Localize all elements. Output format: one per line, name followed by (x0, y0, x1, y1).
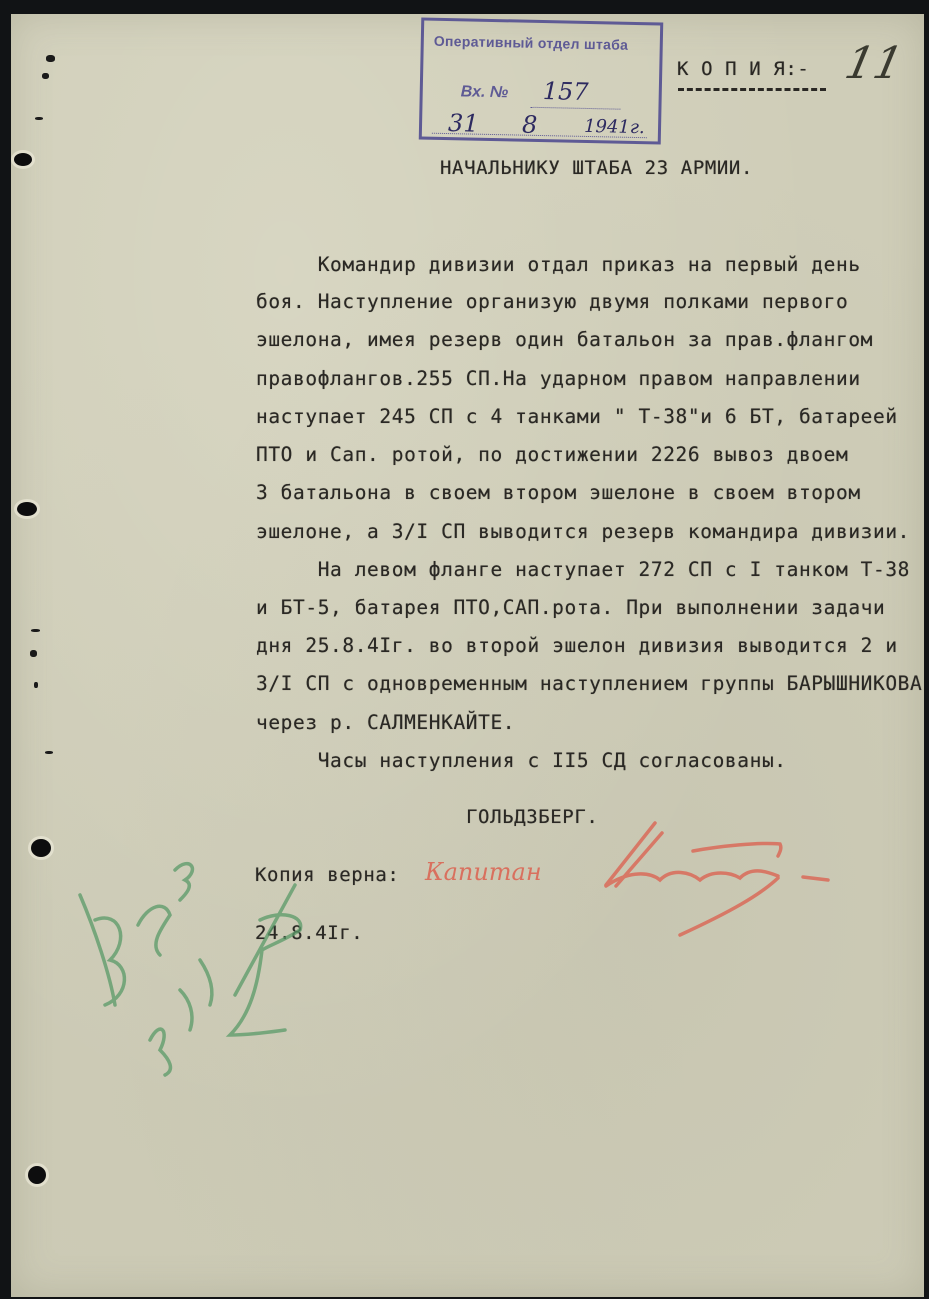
stamp-incoming-number: 157 (542, 77, 588, 106)
body-line: эшелона, имея резерв один батальон за пр… (256, 328, 873, 351)
copy-verified-label: Копия верна: (255, 864, 399, 886)
paper-damage (30, 650, 37, 657)
stamp-incoming-label: Вх. № (461, 83, 509, 102)
addressee-heading: НАЧАЛЬНИКУ ШТАБА 23 АРМИИ. (440, 157, 753, 179)
body-line: дня 25.8.4Iг. во второй эшелон дивизия в… (256, 634, 898, 657)
paper-damage (34, 682, 38, 688)
paper-damage (35, 117, 43, 120)
body-line: На левом фланге наступает 272 СП с I тан… (256, 558, 910, 581)
body-line: и БТ-5, батарея ПТО,САП.рота. При выполн… (256, 596, 885, 619)
stamp-day: 31 (448, 109, 479, 138)
punch-hole (31, 839, 51, 857)
punch-hole (17, 502, 37, 516)
stamp-department: Оперативный отдел штаба (434, 33, 629, 53)
copy-label: К О П И Я:- (677, 58, 809, 80)
stamp-month: 8 (522, 111, 538, 139)
body-line: через р. САЛМЕНКАЙТЕ. (256, 711, 515, 734)
stamp-number-line (530, 107, 620, 110)
copy-underline (678, 88, 826, 91)
stamp-year: 1941г. (584, 116, 645, 138)
paper-damage (46, 55, 55, 62)
punch-hole (14, 153, 32, 166)
punch-hole (28, 1166, 46, 1184)
body-line: Командир дивизии отдал приказ на первый … (256, 253, 861, 276)
incoming-stamp: Оперативный отдел штаба Вх. № 157 31 8 1… (419, 17, 664, 144)
body-line: 3 батальона в своем втором эшелоне в сво… (256, 481, 861, 504)
body-line: боя. Наступление организую двумя полками… (256, 290, 848, 313)
body-line: правофлангов.255 СП.На ударном правом на… (256, 367, 861, 390)
body-line: 3/I СП с одновременным наступлением груп… (256, 672, 922, 695)
paper-damage (45, 751, 53, 754)
signer-name: ГОЛЬДЗБЕРГ. (466, 806, 598, 828)
paper-damage (31, 629, 40, 632)
copy-date: 24.8.4Iг. (255, 922, 363, 944)
paper-damage (42, 73, 49, 79)
body-line: наступает 245 СП с 4 танками " Т-38"и 6 … (256, 405, 898, 428)
body-line: эшелоне, а 3/I СП выводится резерв коман… (256, 520, 910, 543)
body-line: ПТО и Сап. ротой, по достижении 2226 выв… (256, 443, 848, 466)
body-line: Часы наступления с II5 СД согласованы. (256, 749, 787, 772)
page-number-mark: 11 (841, 38, 908, 89)
copy-verified-rank: Капитан (425, 858, 542, 886)
